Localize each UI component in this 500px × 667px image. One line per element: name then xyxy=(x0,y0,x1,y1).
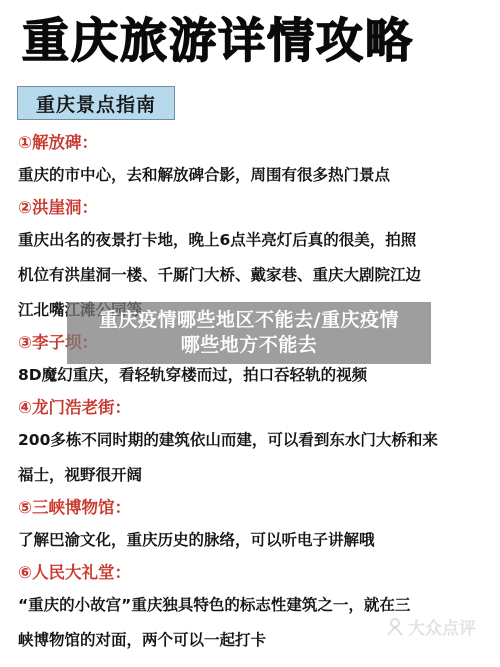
description-line: 福士，视野很开阔 xyxy=(18,458,488,493)
headline-overlay-banner[interactable]: 重庆疫情哪些地区不能去/重庆疫情 哪些地方不能去 xyxy=(67,302,431,364)
page-title: 重庆旅游详情攻略 xyxy=(22,14,414,70)
spot-description: 了解巴渝文化，重庆历史的脉络，可以听电子讲解哦 xyxy=(18,523,488,558)
spot-heading: ④龙门浩老街： xyxy=(18,393,488,423)
spot-description: 重庆的市中心，去和解放碑合影，周围有很多热门景点 xyxy=(18,158,488,193)
spot-heading: ⑥人民大礼堂： xyxy=(18,558,488,588)
overlay-line-2: 哪些地方不能去 xyxy=(67,333,431,358)
spot-item: ⑤三峡博物馆： 了解巴渝文化，重庆历史的脉络，可以听电子讲解哦 xyxy=(18,493,488,558)
spot-item: ④龙门浩老街： 200多栋不同时期的建筑依山而建，可以看到东水门大桥和来 福士，… xyxy=(18,393,488,493)
overlay-line-1: 重庆疫情哪些地区不能去/重庆疫情 xyxy=(67,308,431,333)
description-line: 了解巴渝文化，重庆历史的脉络，可以听电子讲解哦 xyxy=(18,523,488,558)
section-label-guide: 重庆景点指南 xyxy=(17,86,175,120)
description-line: 200多栋不同时期的建筑依山而建，可以看到东水门大桥和来 xyxy=(18,423,488,458)
spot-heading: ②洪崖洞： xyxy=(18,193,488,223)
watermark-text: 大众点评 xyxy=(408,614,476,639)
watermark: 大众点评 xyxy=(385,614,476,639)
description-line: 重庆的市中心，去和解放碑合影，周围有很多热门景点 xyxy=(18,158,488,193)
spot-heading: ①解放碑： xyxy=(18,128,488,158)
spot-list: ①解放碑： 重庆的市中心，去和解放碑合影，周围有很多热门景点 ②洪崖洞： 重庆出… xyxy=(18,128,488,658)
description-line: 重庆出名的夜景打卡地，晚上6点半亮灯后真的很美，拍照 xyxy=(18,223,488,258)
description-line: 机位有洪崖洞一楼、千厮门大桥、戴家巷、重庆大剧院江边 xyxy=(18,258,488,293)
dianping-person-icon xyxy=(385,617,405,637)
spot-heading: ⑤三峡博物馆： xyxy=(18,493,488,523)
spot-item: ⑥人民大礼堂： “重庆的小故宫”重庆独具特色的标志性建筑之一，就在三 峡博物馆的… xyxy=(18,558,488,658)
spot-item: ①解放碑： 重庆的市中心，去和解放碑合影，周围有很多热门景点 xyxy=(18,128,488,193)
spot-description: 200多栋不同时期的建筑依山而建，可以看到东水门大桥和来 福士，视野很开阔 xyxy=(18,423,488,493)
